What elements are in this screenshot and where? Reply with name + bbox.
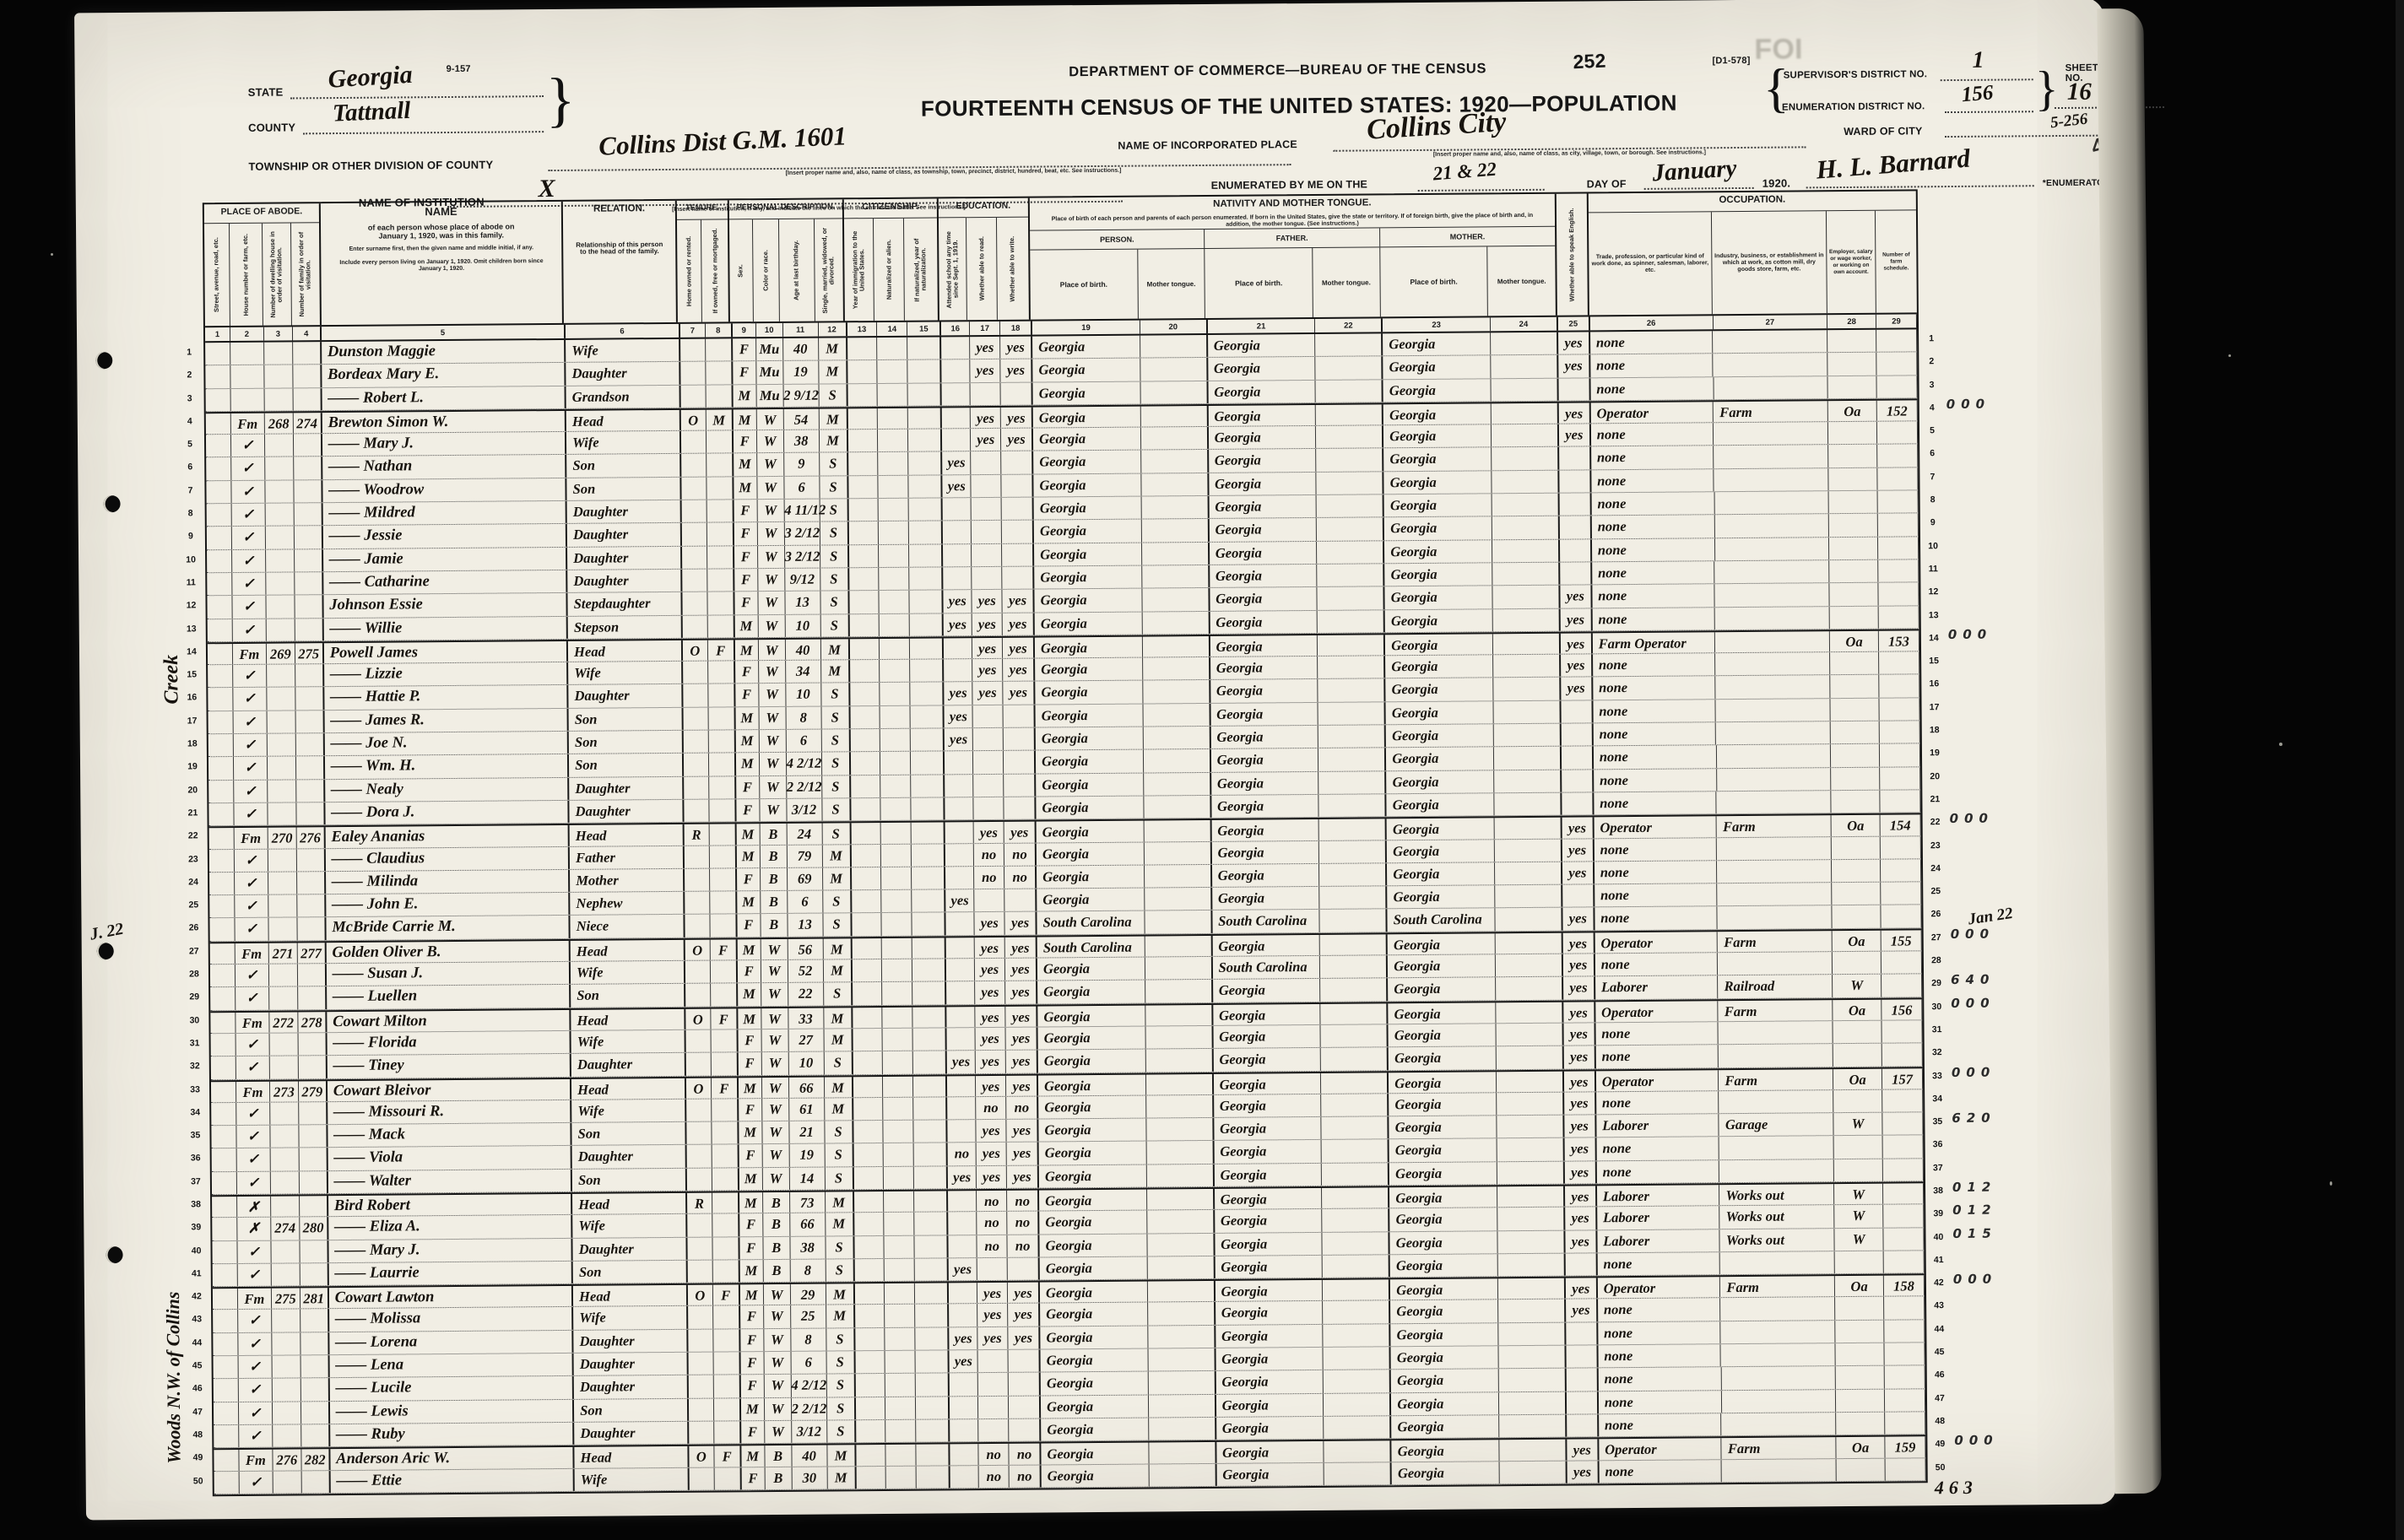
cell-naturalization-year [910, 660, 944, 683]
cell-year-of-immigration [853, 1143, 884, 1166]
cell-sex: F [738, 1052, 761, 1075]
cell-color-race: B [761, 891, 788, 914]
census-page: 9-157 DEPARTMENT OF COMMERCE—BUREAU OF T… [74, 0, 2116, 1520]
column-number-6: 6 [566, 324, 680, 338]
cell-industry [1714, 515, 1829, 538]
cell-home-owned [688, 1353, 713, 1375]
cell-marital-status: S [824, 1051, 853, 1074]
cell-speaks-english: yes [1565, 1230, 1597, 1253]
line-number-right-8: 8 [1922, 489, 1944, 512]
cell-farm-schedule [1878, 559, 1919, 582]
cell-father-mother-tongue [1322, 1094, 1389, 1116]
cell-home-owned [680, 362, 706, 385]
cell-name: —— Claudius [326, 846, 571, 871]
cell-home-owned [682, 523, 707, 546]
cell-family-number [299, 1102, 328, 1125]
enumerated-label: ENUMERATED BY ME ON THE [1211, 178, 1368, 191]
cell-speaks-english [1567, 1369, 1599, 1391]
cell-industry [1721, 1390, 1836, 1413]
cell-speaks-english [1559, 493, 1591, 516]
cell-color-race: W [759, 684, 786, 706]
cell-farm-schedule [1880, 767, 1920, 790]
cell-naturalization-year [912, 959, 946, 981]
line-number-left-45: 45 [187, 1354, 208, 1378]
line-number-left-36: 36 [185, 1148, 207, 1171]
cell-father-mother-tongue [1318, 564, 1385, 586]
cell-mother-birthplace: Georgia [1389, 1162, 1497, 1185]
group-speaks-english: Whether able to speak English. [1557, 193, 1589, 315]
col24-label: Mother tongue. [1488, 246, 1556, 316]
cell-house-number: ✓ [231, 435, 265, 457]
cell-age: 3 2/12 [785, 545, 820, 568]
cell-dwelling-number [264, 342, 293, 365]
cell-father-birthplace: Georgia [1213, 1025, 1321, 1048]
cell-year-of-immigration [847, 430, 878, 452]
cell-age: 2 9/12 [783, 384, 819, 407]
cell-employment-class [1830, 583, 1879, 606]
cell-attended-school [948, 1212, 977, 1235]
cell-occupation: Operator [1599, 1438, 1722, 1459]
cell-occupation: Laborer [1597, 1185, 1720, 1206]
line-number-right-45: 45 [1928, 1341, 1950, 1364]
cell-year-of-immigration [852, 867, 882, 890]
cell-name: Brewton Simon W. [322, 411, 566, 434]
cell-age: 73 [790, 1192, 826, 1213]
line-number-right-9: 9 [1922, 511, 1944, 535]
cell-relation: Father [570, 846, 685, 868]
cell-farm-schedule: 159 [1885, 1437, 1925, 1458]
cell-speaks-english: yes [1561, 633, 1593, 654]
cell-industry: Farm [1717, 815, 1832, 836]
cell-mother-birthplace: Georgia [1392, 1440, 1500, 1462]
cell-family-number [296, 780, 325, 802]
cell-mother-tongue [1141, 496, 1209, 519]
cell-sex: F [733, 338, 756, 361]
cell-able-to-read: yes [977, 1120, 1007, 1143]
cell-mother-birthplace: Georgia [1387, 885, 1495, 908]
cell-marital-status: M [821, 660, 850, 683]
cell-attended-school [944, 659, 972, 682]
days-line [1418, 189, 1545, 192]
cell-dwelling-number [267, 665, 295, 688]
cell-marital-status: S [826, 1236, 854, 1259]
cell-owned-free-or-mortgaged: F [711, 1008, 738, 1029]
col14-label: Naturalized or alien. [885, 240, 893, 300]
cell-sex: F [738, 1029, 761, 1052]
line-number-right-36: 36 [1927, 1133, 1949, 1157]
cell-able-to-write [1004, 728, 1036, 751]
cell-able-to-read [978, 1419, 1009, 1442]
cell-speaks-english: yes [1562, 932, 1595, 954]
cell-employment-class: W [1833, 975, 1882, 997]
cell-speaks-english [1567, 1414, 1599, 1437]
cell-mother-birthplace: Georgia [1386, 724, 1494, 747]
cell-able-to-read: yes [977, 1283, 1008, 1304]
cell-age: 24 [787, 824, 822, 845]
cell-age: 8 [791, 1328, 826, 1351]
cell-employment-class: W [1834, 1205, 1883, 1228]
cell-farm-schedule [1879, 651, 1919, 674]
cell-birthplace: Georgia [1041, 1372, 1149, 1395]
cell-employment-class [1831, 744, 1880, 767]
cell-mother-tongue [1147, 1189, 1215, 1210]
cell-occupation: none [1591, 446, 1714, 469]
cell-mother-birthplace: Georgia [1389, 1072, 1497, 1093]
cell-occupation: none [1592, 538, 1715, 561]
cell-age: 38 [790, 1236, 826, 1259]
cell-speaks-english [1560, 516, 1592, 539]
cell-farm-schedule [1884, 1297, 1925, 1320]
cell-father-mother-tongue [1318, 656, 1385, 678]
cell-naturalized [878, 430, 908, 452]
line-number-right-44: 44 [1928, 1318, 1950, 1342]
cell-year-of-immigration [847, 360, 878, 383]
cell-family-number [295, 595, 323, 618]
cell-house-number: ✓ [231, 480, 265, 503]
cell-speaks-english: yes [1562, 818, 1594, 839]
column-number-12: 12 [819, 322, 847, 336]
cell-farm-schedule: 152 [1877, 400, 1918, 421]
col17-label: Whether able to read. [978, 236, 986, 300]
cell-occupation: none [1599, 1460, 1722, 1483]
cell-sex: F [739, 1145, 762, 1168]
cell-naturalized [886, 1420, 917, 1443]
cell-father-birthplace: Georgia [1211, 772, 1319, 795]
cell-attended-school: yes [945, 728, 973, 751]
cell-industry [1714, 353, 1828, 376]
cell-employment-class [1835, 1251, 1884, 1274]
cell-able-to-read [972, 567, 1002, 590]
cell-street [207, 573, 232, 596]
line-number-left-4: 4 [179, 410, 201, 434]
state-label: STATE [248, 86, 284, 99]
sheet-pencil-note: 5-256 [2049, 110, 2089, 132]
cell-birthplace: Georgia [1033, 473, 1141, 496]
cell-owned-free-or-mortgaged [711, 960, 738, 983]
cell-sex: M [735, 730, 759, 753]
cell-speaks-english [1561, 700, 1593, 723]
cell-father-mother-tongue [1318, 702, 1386, 725]
cell-marital-status: S [822, 775, 851, 798]
cell-name: —— Mildred [322, 501, 567, 526]
cell-family-number [300, 1332, 329, 1355]
cell-mother-tongue [1147, 1233, 1215, 1256]
margin-stamp-48 [1954, 1406, 2047, 1429]
cell-family-number: 279 [299, 1081, 328, 1102]
cell-sex: M [741, 1398, 765, 1421]
cell-family-number: 275 [295, 643, 324, 664]
cell-able-to-read [978, 1373, 1009, 1396]
census-table: PLACE OF ABODE. Street, avenue, road, et… [203, 189, 1928, 1496]
cell-able-to-write: yes [1003, 659, 1035, 682]
cell-attended-school: yes [945, 705, 973, 728]
line-number-right-25: 25 [1925, 880, 1946, 904]
cell-father-birthplace: Georgia [1214, 1073, 1322, 1094]
cell-naturalization-year [915, 1213, 949, 1235]
cell-house-number: Fm [238, 1289, 272, 1310]
cell-speaks-english: yes [1561, 678, 1593, 700]
cell-year-of-immigration [853, 1076, 883, 1097]
cell-naturalized [885, 1259, 915, 1282]
cell-birthplace: Georgia [1041, 1443, 1149, 1464]
line-number-right-29: 29 [1925, 972, 1947, 996]
cell-family-number [295, 572, 323, 595]
cell-industry [1714, 446, 1829, 468]
cell-occupation: none [1594, 746, 1717, 769]
cell-family-number [300, 1263, 328, 1286]
line-number-left-17: 17 [181, 710, 203, 733]
supervisor-line [1941, 78, 2033, 81]
cell-relation: Son [573, 1261, 688, 1283]
cell-marital-status: S [820, 499, 848, 521]
cell-mother-tongue [1146, 1141, 1214, 1164]
cell-attended-school: yes [945, 889, 974, 912]
cell-dwelling-number [264, 365, 293, 388]
cell-family-number [295, 619, 323, 641]
col27-label: Industry, business, or establishment in … [1712, 251, 1826, 274]
cell-able-to-write: yes [1001, 407, 1033, 428]
cell-father-mother-tongue [1322, 1187, 1389, 1208]
cell-naturalized [879, 521, 909, 544]
cell-father-birthplace: Georgia [1210, 610, 1318, 633]
cell-mother-birthplace: Georgia [1389, 1046, 1497, 1069]
cell-father-mother-tongue [1323, 1209, 1390, 1232]
cell-naturalized [881, 798, 912, 821]
cell-street [211, 1056, 236, 1079]
cell-speaks-english: yes [1566, 1278, 1598, 1300]
cell-sex: F [737, 868, 761, 891]
cell-attended-school [950, 1444, 979, 1465]
enum-district-line [1945, 111, 2033, 113]
cell-family-number [298, 1033, 327, 1056]
cell-mother-mother-tongue [1494, 724, 1562, 747]
cell-naturalization-year [915, 1305, 949, 1327]
cell-house-number: Fm [236, 1081, 270, 1102]
enumeration-district-value: 156 [1961, 81, 1995, 107]
cell-owned-free-or-mortgaged [706, 338, 733, 361]
column-number-19: 19 [1032, 321, 1140, 335]
cell-age: 13 [785, 592, 820, 614]
cell-mother-mother-tongue [1497, 1138, 1565, 1161]
column-number-22: 22 [1315, 318, 1383, 332]
line-number-left-7: 7 [179, 479, 201, 503]
cell-father-birthplace: Georgia [1210, 657, 1318, 679]
cell-farm-schedule [1885, 1389, 1925, 1412]
margin-stamp-42: 000 [1953, 1267, 2046, 1291]
cell-color-race: W [760, 753, 787, 775]
cell-street [210, 987, 236, 1010]
cell-owned-free-or-mortgaged [709, 730, 736, 753]
ward-label: WARD OF CITY [1844, 125, 1922, 138]
cell-mother-mother-tongue [1492, 539, 1560, 562]
cell-family-number [301, 1471, 330, 1494]
cell-employment-class [1832, 791, 1881, 813]
group-nativity: NATIVITY AND MOTHER TONGUE. Place of bir… [1030, 194, 1557, 320]
cell-name: —— Luellen [327, 985, 571, 1009]
cell-year-of-immigration [848, 521, 879, 544]
cell-sex: F [739, 1237, 763, 1260]
cell-birthplace: Georgia [1036, 796, 1144, 819]
cell-able-to-read: no [977, 1235, 1008, 1257]
margin-stamp-38: 012 [1952, 1175, 2045, 1199]
cell-able-to-read [972, 498, 1002, 521]
cell-mother-tongue [1146, 1095, 1214, 1118]
cell-house-number: ✓ [236, 987, 269, 1010]
cell-father-birthplace: Georgia [1212, 864, 1320, 887]
cell-sex: F [734, 546, 758, 569]
cell-name: —— Missouri R. [328, 1100, 572, 1125]
cell-mother-birthplace: Georgia [1388, 954, 1496, 977]
cell-able-to-write: no [1007, 1191, 1039, 1212]
cell-father-birthplace: Georgia [1215, 1256, 1323, 1278]
cell-father-birthplace: Georgia [1210, 565, 1318, 587]
cell-owned-free-or-mortgaged [707, 523, 734, 546]
cell-employment-class [1835, 1320, 1884, 1343]
cell-mother-tongue [1142, 611, 1210, 634]
line-number-left-41: 41 [186, 1262, 208, 1286]
cell-name: —— Molissa [329, 1307, 574, 1332]
cell-occupation: none [1595, 1022, 1719, 1045]
cell-father-birthplace: Georgia [1216, 1441, 1324, 1462]
cell-house-number: ✓ [233, 665, 267, 688]
cell-employment-class: Oa [1835, 1276, 1884, 1297]
cell-color-race: W [760, 776, 787, 799]
cell-naturalized [885, 1235, 915, 1258]
cell-mother-tongue [1144, 773, 1211, 796]
cell-relation: Daughter [572, 1145, 687, 1168]
cell-age: 2 2/12 [787, 775, 822, 798]
cell-mother-mother-tongue [1492, 470, 1559, 493]
line-number-left-23: 23 [182, 848, 204, 872]
cell-occupation: none [1599, 1368, 1722, 1391]
cell-age: 38 [784, 430, 820, 453]
cell-color-race: B [761, 914, 788, 937]
cell-father-birthplace: Georgia [1210, 703, 1318, 726]
cell-employment-class [1837, 1458, 1886, 1481]
cell-occupation: none [1590, 354, 1714, 377]
cell-mother-birthplace: Georgia [1389, 1024, 1497, 1046]
cell-able-to-read [978, 1396, 1009, 1418]
cell-sex: F [740, 1329, 764, 1352]
cell-attended-school: yes [944, 590, 972, 613]
line-number-right-38: 38 [1927, 1180, 1949, 1203]
cell-employment-class: Oa [1832, 815, 1881, 836]
film-speck [2330, 1181, 2332, 1186]
cell-attended-school [949, 1305, 977, 1327]
supervisor-district-value: 1 [1972, 47, 1984, 74]
cell-sex: M [736, 824, 760, 845]
cell-father-birthplace: South Carolina [1212, 956, 1320, 979]
cell-occupation: Farm Operator [1593, 632, 1716, 653]
cell-able-to-read: yes [971, 408, 1001, 429]
cell-farm-schedule [1883, 1205, 1924, 1228]
col29-label: Number of farm schedule. [1876, 251, 1916, 273]
cell-color-race: W [765, 1421, 792, 1444]
column-number-2: 2 [230, 327, 264, 341]
cell-mother-mother-tongue [1499, 1415, 1567, 1438]
cell-able-to-write: yes [1000, 337, 1032, 359]
cell-father-mother-tongue [1321, 1073, 1389, 1094]
cell-birthplace: Georgia [1039, 1164, 1147, 1187]
cell-sex: M [739, 1192, 763, 1213]
cell-name: —— Woodrow [322, 478, 567, 503]
cell-color-race: B [765, 1467, 792, 1489]
cell-color-race: W [756, 409, 783, 430]
cell-attended-school: yes [945, 683, 973, 705]
margin-stamp-39: 012 [1952, 1198, 2045, 1222]
cell-birthplace: Georgia [1037, 865, 1145, 888]
cell-mother-tongue [1143, 636, 1210, 657]
cell-attended-school [950, 1419, 978, 1442]
cell-family-number: 278 [298, 1012, 327, 1033]
punch-hole [95, 352, 112, 369]
cell-able-to-read: yes [972, 659, 1003, 682]
cell-relation: Wife [571, 1030, 686, 1053]
cell-able-to-read: yes [977, 1327, 1008, 1350]
cell-attended-school [945, 822, 974, 843]
cell-farm-schedule [1877, 445, 1918, 467]
cell-employment-class [1829, 537, 1878, 559]
punch-hole [104, 495, 121, 512]
cell-attended-school [942, 429, 971, 451]
cell-home-owned [683, 662, 708, 684]
cell-sex: F [738, 960, 761, 983]
line-number-right-13: 13 [1923, 604, 1945, 628]
cell-mother-mother-tongue [1492, 424, 1559, 447]
cell-father-mother-tongue [1319, 771, 1387, 794]
cell-able-to-write [1001, 474, 1033, 497]
cell-relation: Head [575, 1446, 690, 1467]
cell-able-to-read: yes [976, 1075, 1006, 1096]
cell-employment-class [1829, 491, 1878, 514]
cell-mother-mother-tongue [1497, 1161, 1565, 1184]
form-number: 9-157 [447, 64, 471, 74]
enumerated-month: January [1652, 154, 1738, 187]
cell-color-race: W [757, 477, 784, 500]
cell-owned-free-or-mortgaged: F [708, 640, 735, 661]
cell-naturalization-year [915, 1258, 949, 1281]
cell-naturalized [882, 959, 912, 982]
cell-attended-school [942, 383, 971, 406]
cell-owned-free-or-mortgaged: M [707, 409, 734, 430]
cell-name: —— Mary J. [328, 1238, 573, 1262]
cell-mother-mother-tongue [1493, 634, 1561, 655]
cell-industry [1717, 791, 1832, 813]
cell-relation: Head [571, 940, 685, 961]
cell-color-race: B [763, 1236, 790, 1259]
margin-stamp-19 [1949, 738, 2042, 762]
cell-father-birthplace: Georgia [1208, 334, 1316, 357]
cell-able-to-read: no [976, 1097, 1006, 1120]
cell-able-to-write: yes [1008, 1283, 1040, 1304]
cell-owned-free-or-mortgaged [713, 1306, 740, 1329]
cell-mother-birthplace: Georgia [1390, 1278, 1498, 1300]
cell-attended-school [946, 913, 975, 936]
line-number-right-27: 27 [1925, 927, 1947, 950]
cell-naturalization-year [917, 1445, 950, 1466]
line-number-left-16: 16 [181, 687, 203, 711]
line-number-right-31: 31 [1925, 1019, 1947, 1042]
line-number-right-39: 39 [1927, 1202, 1949, 1226]
cell-year-of-immigration [855, 1351, 885, 1374]
cell-mother-birthplace: Georgia [1385, 634, 1493, 655]
cell-mother-tongue [1145, 841, 1212, 864]
cell-able-to-write: yes [1005, 959, 1037, 981]
cell-birthplace: Georgia [1039, 1142, 1147, 1164]
cell-employment-class [1830, 606, 1879, 629]
cell-employment-class: Oa [1828, 401, 1877, 422]
cell-father-birthplace: Georgia [1208, 405, 1316, 426]
